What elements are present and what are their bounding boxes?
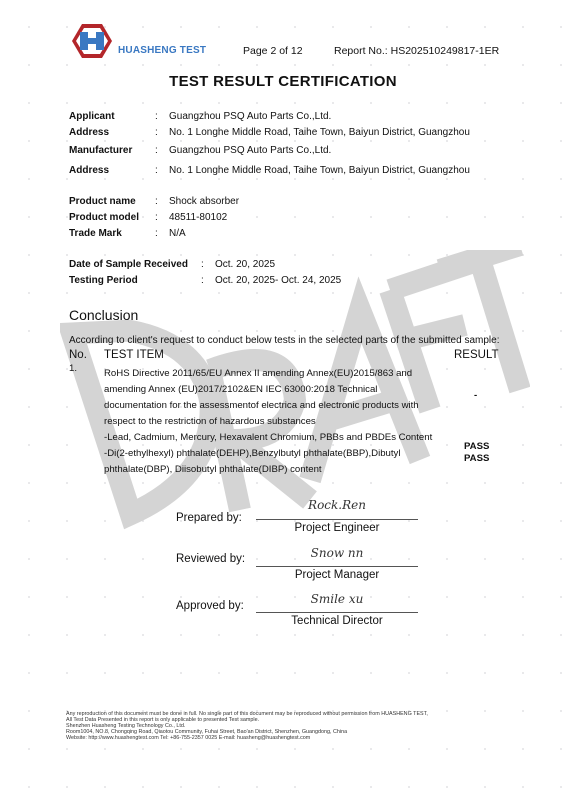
- prepared-by-label: Prepared by:: [176, 512, 242, 524]
- separator: :: [155, 145, 158, 156]
- test-item-line: -Lead, Cadmium, Mercury, Hexavalent Chro…: [104, 432, 432, 443]
- separator: :: [201, 275, 204, 286]
- reviewed-by-signature: Snow nn: [256, 546, 418, 560]
- reviewed-by-label: Reviewed by:: [176, 553, 245, 565]
- test-item-line: phthalate(DBP), Diisobutyl phthalate(DIB…: [104, 464, 322, 475]
- test-item-line: -Di(2-ethylhexyl) phthalate(DEHP),Benzyl…: [104, 448, 400, 459]
- result-value: -: [474, 390, 477, 401]
- product-model-value: 48511-80102: [169, 212, 227, 223]
- trade-mark-label: Trade Mark: [69, 228, 122, 239]
- footer-contact: Website: http://www.huashengtest.com Tel…: [66, 735, 310, 742]
- brand-name: HUASHENG TEST: [118, 45, 206, 56]
- conclusion-intro: According to client's request to conduct…: [69, 335, 499, 346]
- address-value: No. 1 Longhe Middle Road, Taihe Town, Ba…: [169, 127, 470, 138]
- page-title: TEST RESULT CERTIFICATION: [0, 73, 566, 90]
- conclusion-heading: Conclusion: [69, 307, 138, 323]
- signature-line: [256, 566, 418, 567]
- applicant-value: Guangzhou PSQ Auto Parts Co.,Ltd.: [169, 111, 331, 122]
- manufacturer-address-value: No. 1 Longhe Middle Road, Taihe Town, Ba…: [169, 165, 470, 176]
- column-header-test-item: TEST ITEM: [104, 349, 164, 361]
- approved-by-role: Technical Director: [256, 615, 418, 627]
- column-header-no: No.: [69, 349, 87, 361]
- test-item-line: RoHS Directive 2011/65/EU Annex II amend…: [104, 368, 412, 379]
- prepared-by-role: Project Engineer: [256, 522, 418, 534]
- testing-period-label: Testing Period: [69, 275, 138, 286]
- separator: :: [155, 228, 158, 239]
- result-value: PASS: [464, 441, 489, 452]
- test-item-line: documentation for the assessmentof elect…: [104, 400, 419, 411]
- manufacturer-label: Manufacturer: [69, 145, 132, 156]
- separator: :: [201, 259, 204, 270]
- product-model-label: Product model: [69, 212, 139, 223]
- manufacturer-value: Guangzhou PSQ Auto Parts Co.,Ltd.: [169, 145, 331, 156]
- applicant-label: Applicant: [69, 111, 115, 122]
- row-number: 1.: [69, 363, 77, 374]
- page-number: Page 2 of 12: [243, 45, 303, 57]
- separator: :: [155, 196, 158, 207]
- separator: :: [155, 165, 158, 176]
- approved-by-label: Approved by:: [176, 600, 244, 612]
- result-value: PASS: [464, 453, 489, 464]
- test-item-line: amending Annex (EU)2017/2102&EN IEC 6300…: [104, 384, 377, 395]
- separator: :: [155, 212, 158, 223]
- column-header-result: RESULT: [454, 349, 499, 361]
- signature-line: [256, 519, 418, 520]
- test-item-line: respect to the restriction of hazardous …: [104, 416, 316, 427]
- separator: :: [155, 111, 158, 122]
- prepared-by-signature: Rock.Ren: [256, 498, 418, 512]
- approved-by-signature: Smile xu: [256, 592, 418, 606]
- sample-received-label: Date of Sample Received: [69, 259, 188, 270]
- report-number: Report No.: HS202510249817-1ER: [334, 45, 499, 57]
- huasheng-h-logo-icon: [70, 22, 114, 60]
- separator: :: [155, 127, 158, 138]
- signature-line: [256, 612, 418, 613]
- manufacturer-address-label: Address: [69, 165, 109, 176]
- product-name-label: Product name: [69, 196, 136, 207]
- testing-period-value: Oct. 20, 2025- Oct. 24, 2025: [215, 275, 341, 286]
- address-label: Address: [69, 127, 109, 138]
- reviewed-by-role: Project Manager: [256, 569, 418, 581]
- trade-mark-value: N/A: [169, 228, 186, 239]
- sample-received-value: Oct. 20, 2025: [215, 259, 275, 270]
- product-name-value: Shock absorber: [169, 196, 239, 207]
